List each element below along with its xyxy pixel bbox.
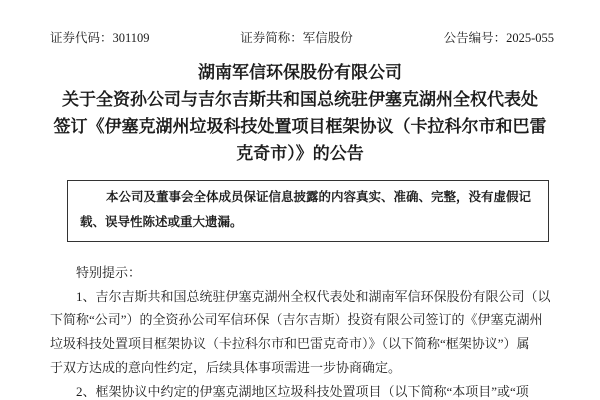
announcement-title: 湖南军信环保股份有限公司 关于全资孙公司与吉尔吉斯共和国总统驻伊塞克湖州全权代表… [0,59,600,167]
paragraph-1-line: 于双方达成的意向性约定，后续具体事项需进一步协商确定。 [50,356,560,380]
board-declaration-box: 本公司及董事会全体成员保证信息披露的内容真实、准确、完整，没有虚假记 载、误导性… [67,180,549,242]
title-line-company: 湖南军信环保股份有限公司 [0,59,600,86]
special-notice-label: 特别提示： [50,261,560,285]
paragraph-2-line: 2、框架协议中约定的伊塞克湖地区垃圾科技处置项目（以下简称“本项目”或“项 [50,380,560,400]
announcement-number: 公告编号：2025-055 [444,31,554,45]
title-line-subject-1: 关于全资孙公司与吉尔吉斯共和国总统驻伊塞克湖州全权代表处 [0,86,600,113]
stock-short-name: 证券简称：军信股份 [240,31,353,45]
paragraph-1-line: 1、吉尔吉斯共和国总统驻伊塞克湖州全权代表处和湖南军信环保股份有限公司（以 [50,285,560,309]
declaration-line: 本公司及董事会全体成员保证信息披露的内容真实、准确、完整，没有虚假记 [80,185,536,210]
announcement-body: 特别提示： 1、吉尔吉斯共和国总统驻伊塞克湖州全权代表处和湖南军信环保股份有限公… [0,261,600,400]
paragraph-1-line: 下简称“公司”）的全资孙公司军信环保（吉尔吉斯）投资有限公司签订的《伊塞克湖州 [50,308,560,332]
announcement-page: 证券代码：301109 证券简称：军信股份 公告编号：2025-055 湖南军信… [0,0,600,400]
stock-code: 证券代码：301109 [50,31,150,45]
title-line-subject-2: 签订《伊塞克湖州垃圾科技处置项目框架协议（卡拉科尔市和巴雷 [0,113,600,140]
title-line-subject-3: 克奇市）》的公告 [0,140,600,167]
document-header-row: 证券代码：301109 证券简称：军信股份 公告编号：2025-055 [0,0,600,45]
paragraph-1-line: 垃圾科技处置项目框架协议（卡拉科尔市和巴雷克奇市）》（以下简称“框架协议”）属 [50,332,560,356]
declaration-line: 载、误导性陈述或重大遗漏。 [80,210,536,235]
